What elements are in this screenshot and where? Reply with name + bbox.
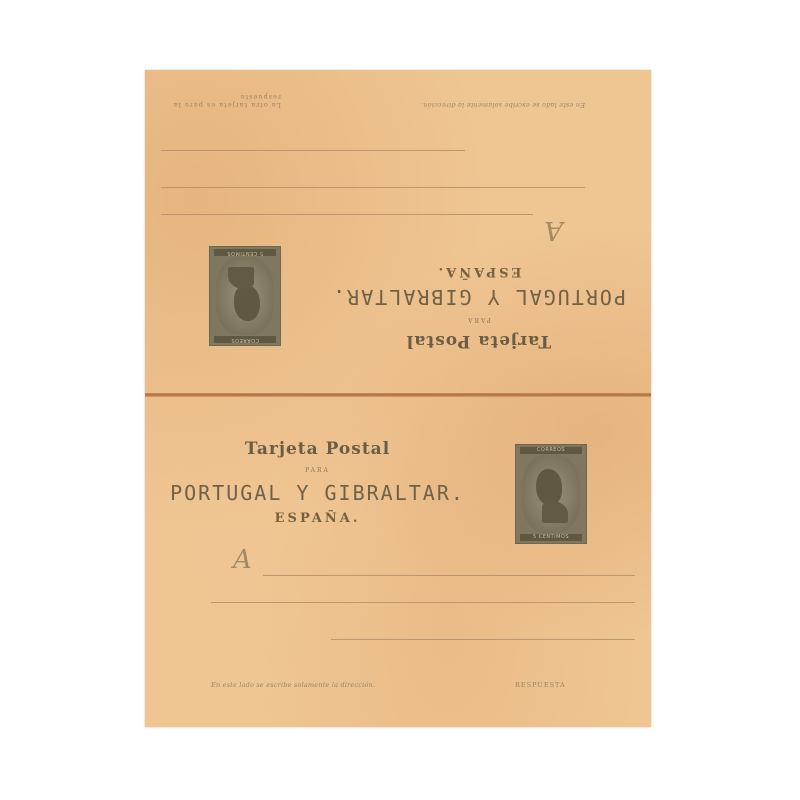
para-label: PARA [145,467,490,474]
stamp-alfonso-xii: CORREOS 5 CENTIMOS [515,444,587,544]
footer-note: La otra tarjeta es para la respuesta [145,93,281,109]
country: ESPAÑA. [306,264,651,279]
country: ESPAÑA. [145,511,490,526]
stamp-value: 5 CENTIMOS [520,534,582,541]
stamp-top-band: CORREOS [520,447,582,454]
address-line [161,187,585,188]
destination: PORTUGAL Y GIBRALTAR. [145,481,490,505]
top-card-upside-down: Tarjeta Postal PARA PORTUGAL Y GIBRALTAR… [145,70,651,395]
address-line [263,575,635,576]
address-prefix: A [233,545,277,579]
portrait-icon [234,285,260,321]
stamp-top-band: CORREOS [214,336,276,343]
address-line [211,602,635,603]
footer-instruction: En este lado se escribe solamente la dir… [211,681,375,689]
card-title: Tarjeta Postal [145,439,490,459]
card-title: Tarjeta Postal [306,331,651,351]
para-label: PARA [306,316,651,323]
destination: PORTUGAL Y GIBRALTAR. [306,285,651,309]
stamp-alfonso-xii: CORREOS 5 CENTIMOS [209,246,281,346]
double-postcard: Tarjeta Postal PARA PORTUGAL Y GIBRALTAR… [145,70,651,727]
address-line [161,214,533,215]
footer-instruction: En este lado se escribe solamente la dir… [421,101,585,109]
footer-respuesta: RESPUESTA [515,681,566,689]
address-line [161,150,465,151]
stamp-value: 5 CENTIMOS [214,249,276,256]
address-line [331,639,635,640]
bottom-card: Tarjeta Postal PARA PORTUGAL Y GIBRALTAR… [145,395,651,727]
portrait-icon [536,469,562,505]
address-prefix: A [519,211,563,245]
